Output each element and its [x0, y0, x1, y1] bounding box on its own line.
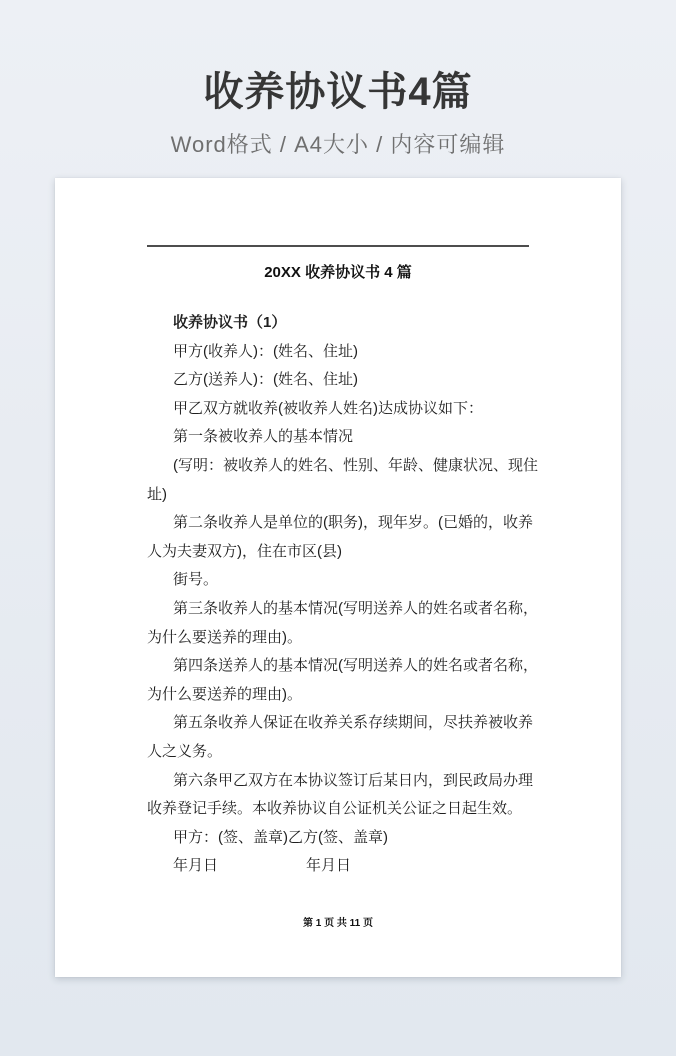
page-subtitle: Word格式 / A4大小 / 内容可编辑 [0, 128, 676, 159]
doc-line: 址) [147, 481, 529, 510]
doc-line: 年月日年月日 [147, 852, 529, 881]
doc-line-text: 址) [147, 486, 167, 503]
doc-line-text: 年月日 [173, 857, 218, 874]
document-preview-page: 20XX 收养协议书 4 篇 收养协议书（1）甲方(收养人)：(姓名、住址)乙方… [55, 178, 621, 977]
header-rule [147, 245, 529, 247]
doc-line: 为什么要送养的理由)。 [147, 681, 529, 710]
page-title: 收养协议书4篇 [0, 70, 676, 114]
doc-line-text: 人之义务。 [147, 743, 222, 760]
document-content: 20XX 收养协议书 4 篇 收养协议书（1）甲方(收养人)：(姓名、住址)乙方… [55, 178, 621, 977]
doc-line: (写明：被收养人的姓名、性别、年龄、健康状况、现住 [147, 452, 529, 481]
doc-line-text: 收养协议书（1） [173, 314, 286, 331]
document-body: 收养协议书（1）甲方(收养人)：(姓名、住址)乙方(送养人)：(姓名、住址)甲乙… [147, 309, 529, 881]
doc-line-text: 乙方(送养人)：(姓名、住址) [173, 371, 358, 388]
doc-line-text: 第二条收养人是单位的(职务)，现年岁。(已婚的，收养 [173, 514, 533, 531]
doc-line: 乙方(送养人)：(姓名、住址) [147, 366, 529, 395]
doc-line-text: 第六条甲乙双方在本协议签订后某日内，到民政局办理 [173, 772, 533, 789]
doc-line: 收养登记手续。本收养协议自公证机关公证之日起生效。 [147, 795, 529, 824]
doc-line: 人为夫妻双方)，住在市区(县) [147, 538, 529, 567]
doc-line-text: 收养登记手续。本收养协议自公证机关公证之日起生效。 [147, 800, 522, 817]
doc-line: 收养协议书（1） [147, 309, 529, 338]
doc-line-text: 第五条收养人保证在收养关系存续期间，尽扶养被收养 [173, 714, 533, 731]
doc-line: 人之义务。 [147, 738, 529, 767]
doc-line: 甲乙双方就收养(被收养人姓名)达成协议如下： [147, 395, 529, 424]
doc-line-text: 甲方：(签、盖章)乙方(签、盖章) [173, 829, 388, 846]
page-number-footer: 第 1 页 共 11 页 [55, 914, 621, 929]
doc-line: 第五条收养人保证在收养关系存续期间，尽扶养被收养 [147, 709, 529, 738]
doc-line-text: 人为夫妻双方)，住在市区(县) [147, 543, 342, 560]
header: 收养协议书4篇 Word格式 / A4大小 / 内容可编辑 [0, 0, 676, 159]
doc-line: 第三条收养人的基本情况(写明送养人的姓名或者名称， [147, 595, 529, 624]
doc-line-text: 年月日 [306, 857, 351, 874]
doc-line-text: 甲乙双方就收养(被收养人姓名)达成协议如下： [173, 400, 483, 417]
document-title: 20XX 收养协议书 4 篇 [147, 262, 529, 284]
doc-line: 街号。 [147, 566, 529, 595]
doc-line-text: (写明：被收养人的姓名、性别、年龄、健康状况、现住 [173, 457, 538, 474]
doc-line: 第一条被收养人的基本情况 [147, 423, 529, 452]
doc-line: 甲方：(签、盖章)乙方(签、盖章) [147, 824, 529, 853]
doc-line-text: 为什么要送养的理由)。 [147, 686, 302, 703]
doc-line-text: 第三条收养人的基本情况(写明送养人的姓名或者名称， [173, 600, 538, 617]
doc-line-text: 甲方(收养人)：(姓名、住址) [173, 343, 358, 360]
doc-line-text: 街号。 [173, 571, 218, 588]
doc-line-text: 第四条送养人的基本情况(写明送养人的姓名或者名称， [173, 657, 538, 674]
doc-line: 第四条送养人的基本情况(写明送养人的姓名或者名称， [147, 652, 529, 681]
doc-line-text: 第一条被收养人的基本情况 [173, 428, 353, 445]
doc-line: 第六条甲乙双方在本协议签订后某日内，到民政局办理 [147, 767, 529, 796]
doc-line-text: 为什么要送养的理由)。 [147, 629, 302, 646]
doc-line: 为什么要送养的理由)。 [147, 624, 529, 653]
doc-line: 甲方(收养人)：(姓名、住址) [147, 338, 529, 367]
doc-line: 第二条收养人是单位的(职务)，现年岁。(已婚的，收养 [147, 509, 529, 538]
